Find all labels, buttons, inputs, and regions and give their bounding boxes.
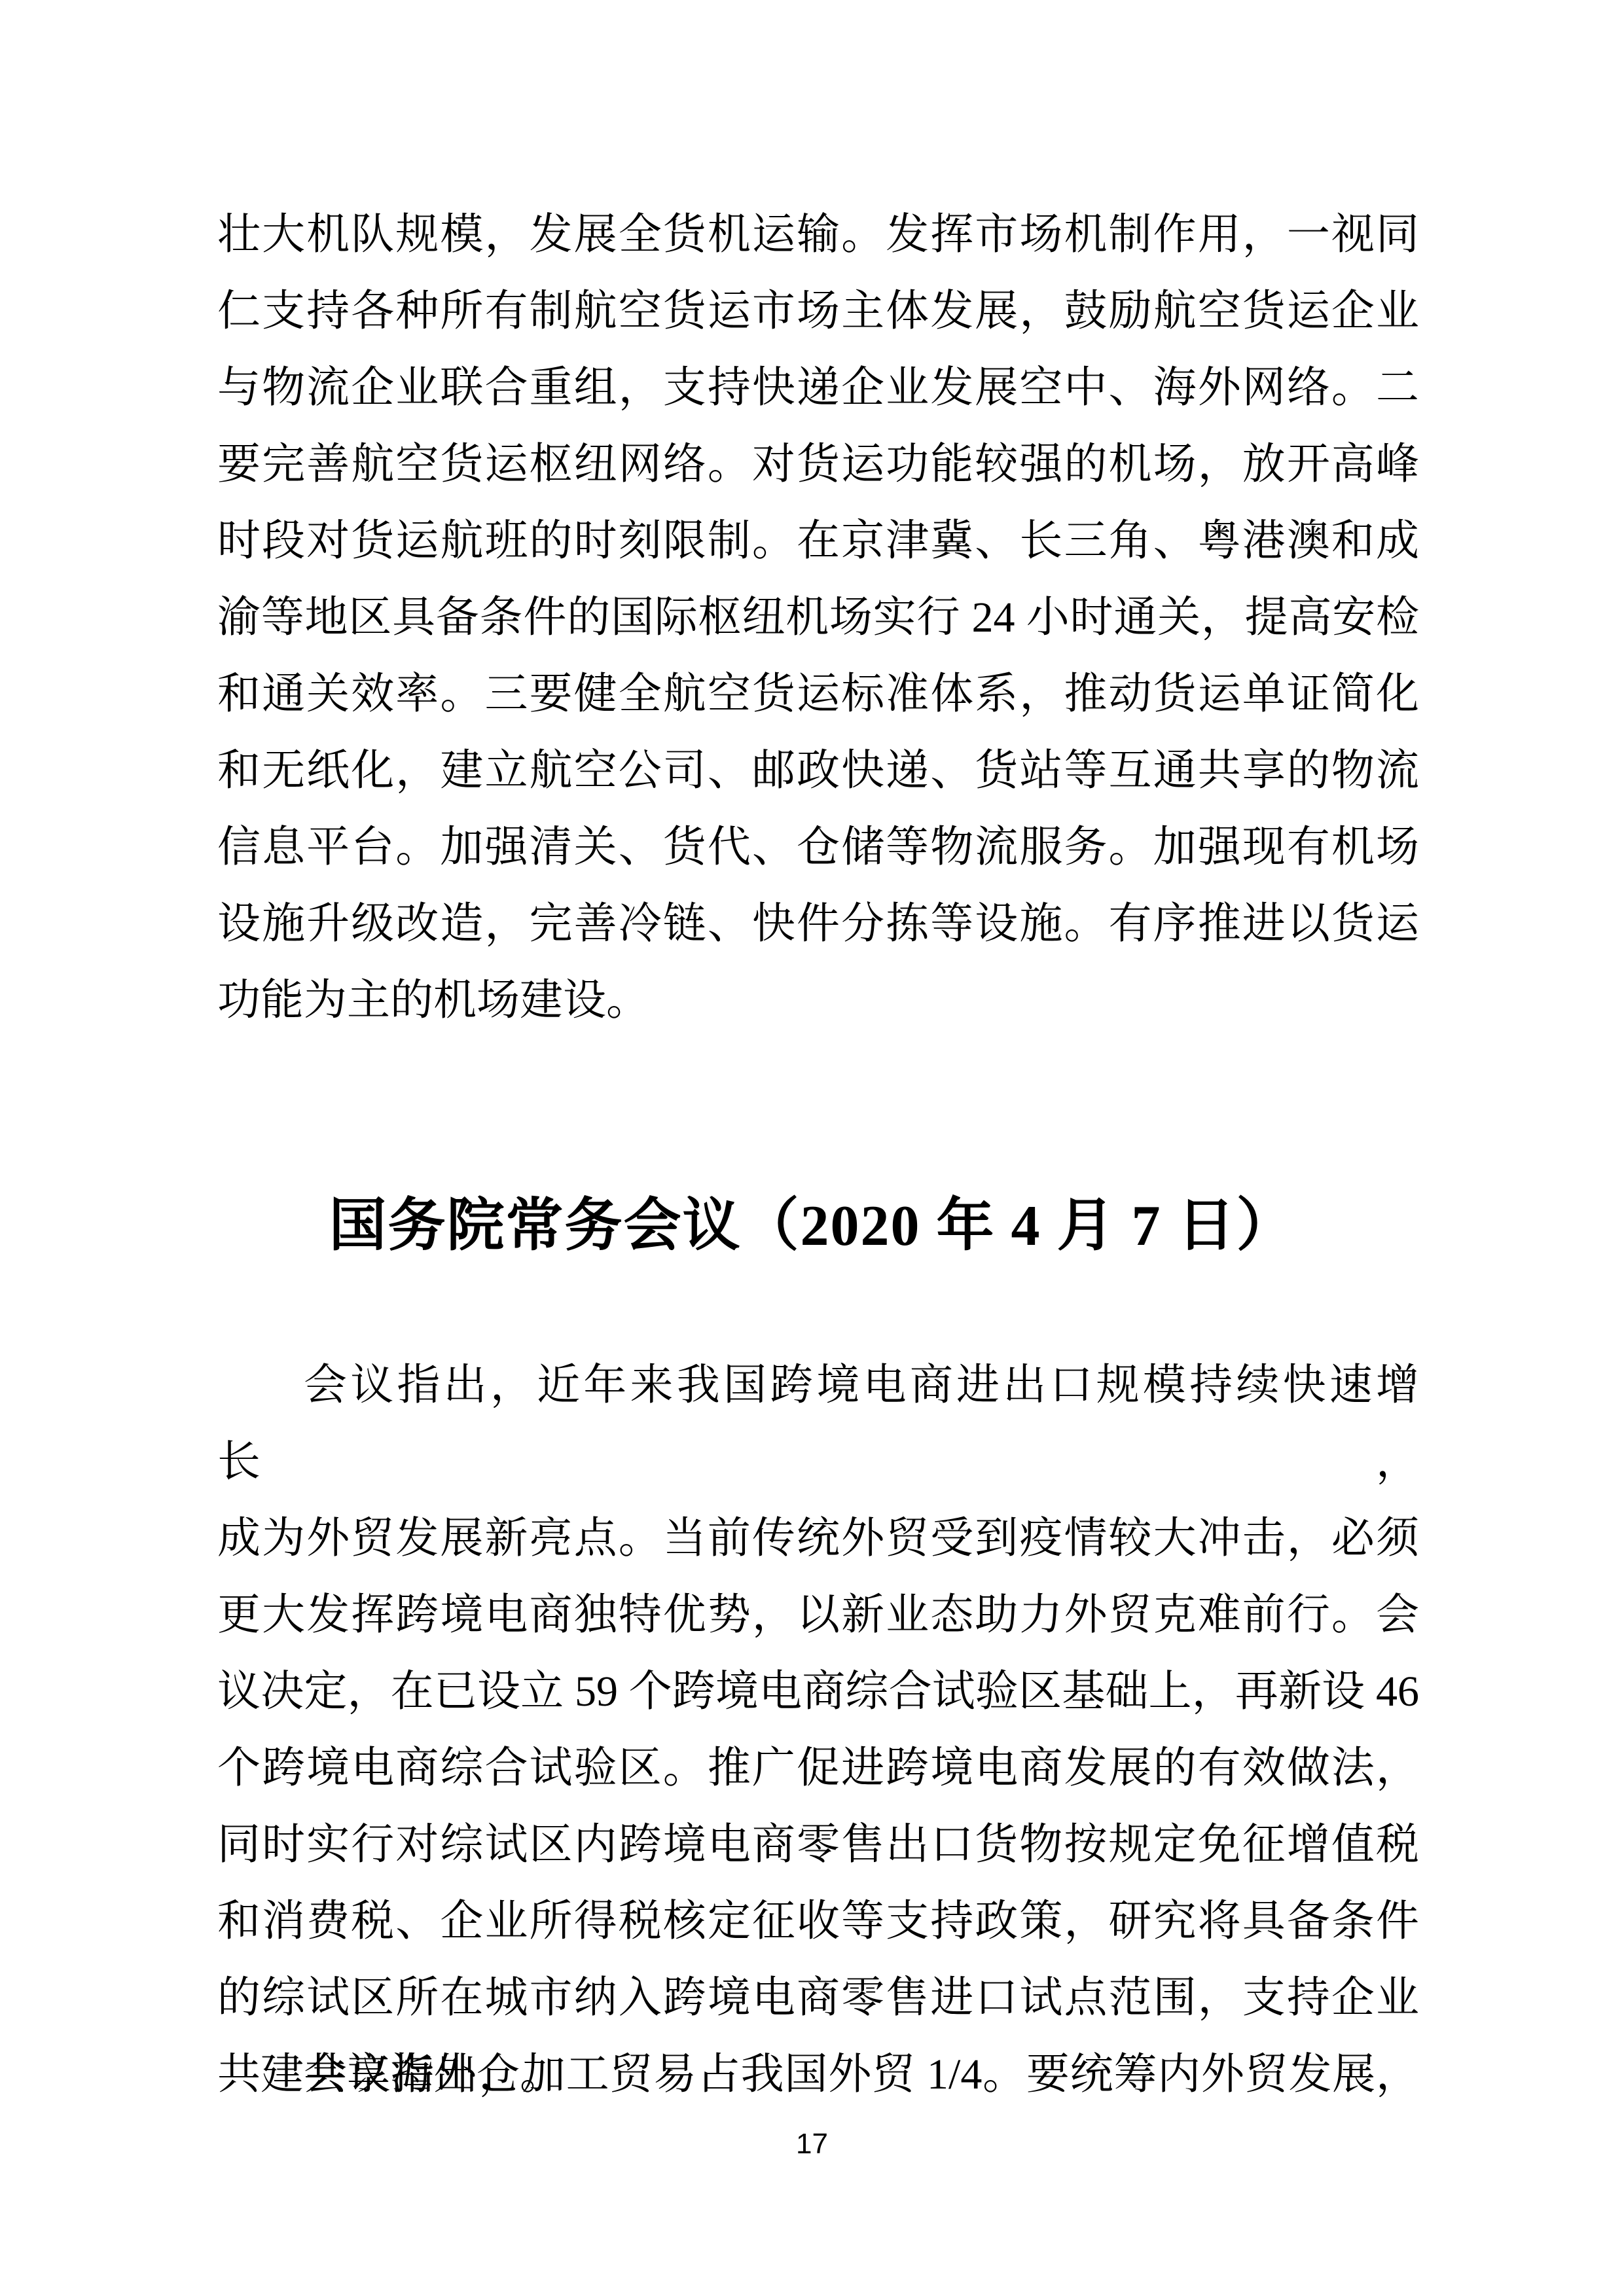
- body-line: 议决定，在已设立 59 个跨境电商综合试验区基础上，再新设 46: [217, 1653, 1419, 1730]
- body-line: 和通关效率。三要健全航空货运标准体系，推动货运单证简化: [217, 656, 1419, 732]
- body-line: 和消费税、企业所得税核定征收等支持政策，研究将具备条件: [217, 1883, 1419, 1960]
- section-heading: 国务院常务会议（2020 年 4 月 7 日）: [0, 1186, 1624, 1267]
- body-line: 同时实行对综试区内跨境电商零售出口货物按规定免征增值税: [217, 1806, 1419, 1883]
- body-line: 与物流企业联合重组，支持快递企业发展空中、海外网络。二: [217, 350, 1419, 426]
- body-line: 渝等地区具备条件的国际枢纽机场实行 24 小时通关，提高安检: [217, 579, 1419, 656]
- paragraph-1: 壮大机队规模，发展全货机运输。发挥市场机制作用，一视同 仁支持各种所有制航空货运…: [217, 196, 1419, 1039]
- body-line: 和无纸化，建立航空公司、邮政快递、货站等互通共享的物流: [217, 732, 1419, 809]
- page-number: 17: [0, 2128, 1624, 2160]
- body-line: 时段对货运航班的时刻限制。在京津冀、长三角、粤港澳和成: [217, 503, 1419, 579]
- body-line: 信息平台。加强清关、货代、仓储等物流服务。加强现有机场: [217, 809, 1419, 886]
- body-line: 更大发挥跨境电商独特优势，以新业态助力外贸克难前行。会: [217, 1577, 1419, 1653]
- body-line: 的综试区所在城市纳入跨境电商零售进口试点范围，支持企业: [217, 1960, 1419, 2036]
- body-line: 会议指出，加工贸易占我国外贸 1/4。要统筹内外贸发展，: [217, 2036, 1419, 2113]
- body-line: 功能为主的机场建设。: [217, 962, 1419, 1039]
- paragraph-3: 会议指出，加工贸易占我国外贸 1/4。要统筹内外贸发展，: [217, 2036, 1419, 2113]
- body-line: 壮大机队规模，发展全货机运输。发挥市场机制作用，一视同: [217, 196, 1419, 273]
- body-line: 成为外贸发展新亮点。当前传统外贸受到疫情较大冲击，必须: [217, 1500, 1419, 1577]
- body-line: 会议指出，近年来我国跨境电商进出口规模持续快速增长，: [217, 1347, 1419, 1500]
- body-line: 仁支持各种所有制航空货运市场主体发展，鼓励航空货运企业: [217, 273, 1419, 350]
- body-line: 设施升级改造，完善冷链、快件分拣等设施。有序推进以货运: [217, 886, 1419, 962]
- body-line: 个跨境电商综合试验区。推广促进跨境电商发展的有效做法，: [217, 1730, 1419, 1806]
- body-line: 要完善航空货运枢纽网络。对货运功能较强的机场，放开高峰: [217, 426, 1419, 503]
- paragraph-2: 会议指出，近年来我国跨境电商进出口规模持续快速增长， 成为外贸发展新亮点。当前传…: [217, 1347, 1419, 2113]
- document-page: 壮大机队规模，发展全货机运输。发挥市场机制作用，一视同 仁支持各种所有制航空货运…: [0, 0, 1624, 2296]
